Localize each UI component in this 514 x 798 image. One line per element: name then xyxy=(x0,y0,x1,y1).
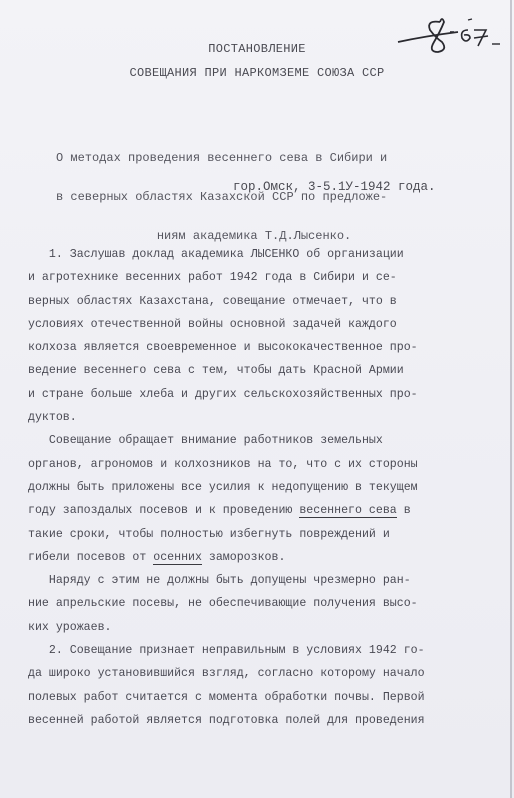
subject-line: О методах проведения весеннего сева в Си… xyxy=(56,152,476,165)
subject-line: ниям академика Т.Д.Лысенко. xyxy=(56,230,476,243)
text-line: и стране больше хлеба и других сельскохо… xyxy=(28,383,498,406)
document-page: 8-67 ПОСТАНОВЛЕНИЕ СОВЕЩАНИЯ ПРИ НАРКОМЗ… xyxy=(0,0,514,798)
text-line: весенней работой является подготовка пол… xyxy=(28,709,498,732)
text-line: Совещание обращает внимание работников з… xyxy=(28,429,498,452)
text-line: и агротехнике весенних работ 1942 года в… xyxy=(28,266,498,289)
text-line: 1. Заслушав доклад академика ЛЫСЕНКО об … xyxy=(28,243,498,266)
text-line: ведение весеннего сева с тем, чтобы дать… xyxy=(28,359,498,382)
underlined-phrase: осенних xyxy=(153,551,202,565)
document-body: 1. Заслушав доклад академика ЛЫСЕНКО об … xyxy=(28,243,498,732)
text-line: полевых работ считается с момента обрабо… xyxy=(28,686,498,709)
text-line: должны быть приложены все усилия к недоп… xyxy=(28,476,498,499)
page-edge xyxy=(510,0,512,798)
text-line: гибели посевов от осенних заморозков. xyxy=(28,546,498,569)
text-line: условиях отечественной войны основной за… xyxy=(28,313,498,336)
text-line: верных областях Казахстана, совещание от… xyxy=(28,290,498,313)
underlined-phrase: весеннего сева xyxy=(299,504,396,518)
text-line: 2. Совещание признает неправильным в усл… xyxy=(28,639,498,662)
text-line: ких урожаев. xyxy=(28,616,498,639)
text-line: да широко установившийся взгляд, согласн… xyxy=(28,662,498,685)
text-line: Наряду с этим не должны быть допущены чр… xyxy=(28,569,498,592)
text-line: дуктов. xyxy=(28,406,498,429)
text-line: году запоздалых посевов и к проведению в… xyxy=(28,499,498,522)
text-line: колхоза является своевременное и высокок… xyxy=(28,336,498,359)
document-subtitle: СОВЕЩАНИЯ ПРИ НАРКОМЗЕМЕ СОЮЗА ССР xyxy=(0,66,514,80)
text-line: ние апрельские посевы, не обеспечивающие… xyxy=(28,592,498,615)
text-line: органов, агрономов и колхозников на то, … xyxy=(28,453,498,476)
place-and-date: гор.Омск, 3-5.1У-1942 года. xyxy=(233,180,436,194)
document-title: ПОСТАНОВЛЕНИЕ xyxy=(0,42,514,56)
text-line: такие сроки, чтобы полностью избегнуть п… xyxy=(28,523,498,546)
